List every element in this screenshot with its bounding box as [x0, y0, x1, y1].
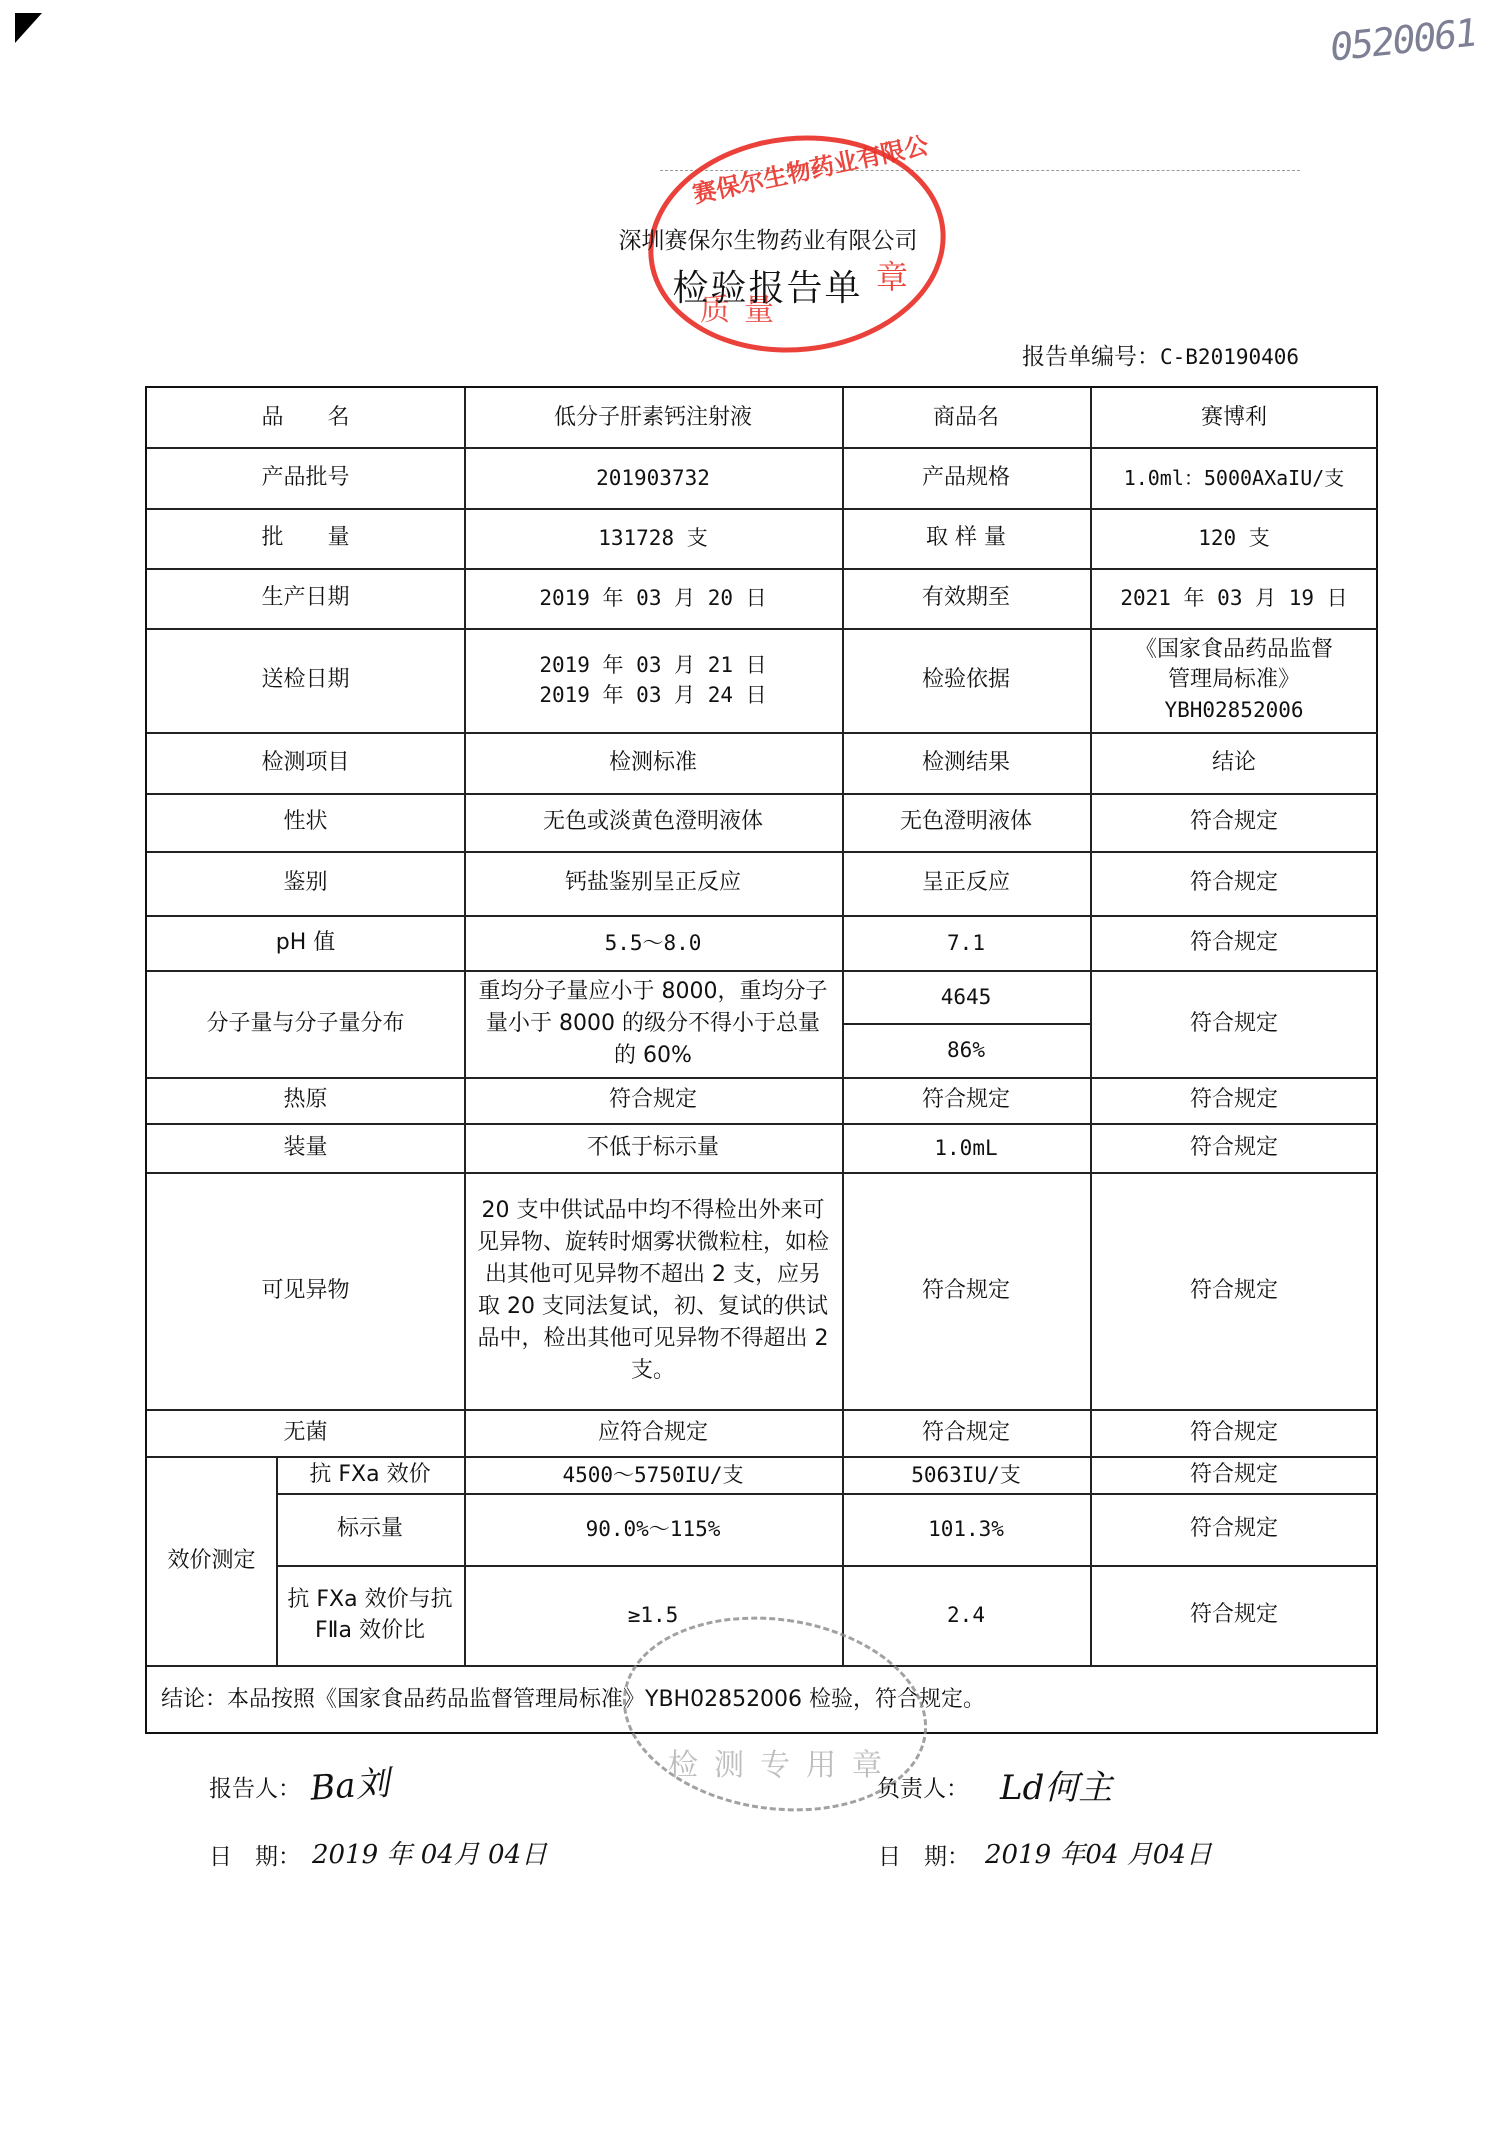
- document-title: 检验报告单: [660, 260, 875, 311]
- value-inspection-basis: 《国家食品药品监督 管理局标准》 YBH02852006: [1090, 628, 1378, 732]
- value-submission-date: 2019 年 03 月 21 日 2019 年 03 月 24 日: [464, 628, 842, 732]
- test-result: 无色澄明液体: [842, 793, 1090, 851]
- test-result: 符合规定: [842, 1172, 1090, 1409]
- basis-line3: YBH02852006: [1164, 695, 1303, 725]
- label-sample-size: 取 样 量: [842, 508, 1090, 568]
- company-seal-right-text: 章: [876, 252, 908, 298]
- basis-line1: 《国家食品药品监督: [1135, 635, 1333, 665]
- test-standard: 应符合规定: [464, 1409, 842, 1456]
- test-conclusion: 符合规定: [1090, 851, 1378, 915]
- potency-result: 5063IU/支: [842, 1456, 1090, 1493]
- manager-date: 2019 年04 月04日: [985, 1834, 1212, 1871]
- test-result: 呈正反应: [842, 851, 1090, 915]
- potency-group-label: 效价测定: [147, 1456, 276, 1665]
- label-expiry-date: 有效期至: [842, 568, 1090, 628]
- test-conclusion: 符合规定: [1090, 1123, 1378, 1172]
- label-trade-name: 商品名: [842, 388, 1090, 447]
- manager-label: 负责人：: [877, 1770, 969, 1803]
- potency-item: 抗 FXa 效价与抗 FⅡa 效价比: [276, 1565, 464, 1665]
- header-test-result: 检测结果: [842, 732, 1090, 793]
- potency-result: 2.4: [842, 1565, 1090, 1665]
- submission-date-line2: 2019 年 03 月 24 日: [539, 680, 766, 710]
- test-standard: 20 支中供试品中均不得检出外来可见异物、旋转时烟雾状微粒柱，如检出其他可见异物…: [464, 1172, 842, 1409]
- value-production-date: 2019 年 03 月 20 日: [464, 568, 842, 628]
- scan-corner-mark: [15, 13, 42, 43]
- label-production-date: 生产日期: [147, 568, 464, 628]
- test-standard: 5.5～8.0: [464, 915, 842, 970]
- handwritten-archive-number: 0520061: [1328, 10, 1478, 69]
- header-test-item: 检测项目: [147, 732, 464, 793]
- test-conclusion: 符合规定: [1090, 1409, 1378, 1456]
- report-number-value: C-B20190406: [1160, 345, 1299, 369]
- label-batch-number: 产品批号: [147, 447, 464, 508]
- value-expiry-date: 2021 年 03 月 19 日: [1090, 568, 1378, 628]
- test-conclusion: 符合规定: [1090, 1172, 1378, 1409]
- test-conclusion: 符合规定: [1090, 970, 1378, 1077]
- test-item: pH 值: [147, 915, 464, 970]
- basis-line2: 管理局标准》: [1168, 665, 1300, 695]
- test-item: 分子量与分子量分布: [147, 970, 464, 1077]
- reporter-label: 报告人：: [209, 1770, 301, 1803]
- potency-standard: 90.0%～115%: [464, 1493, 842, 1565]
- value-product-name: 低分子肝素钙注射液: [464, 388, 842, 447]
- potency-item: 抗 FXa 效价: [276, 1456, 464, 1493]
- test-item: 热原: [147, 1077, 464, 1123]
- reporter-signature: Ba刘: [308, 1755, 390, 1809]
- reporter-date-label: 日 期：: [209, 1838, 301, 1871]
- test-item: 可见异物: [147, 1172, 464, 1409]
- potency-conclusion: 符合规定: [1090, 1493, 1378, 1565]
- test-standard: 不低于标示量: [464, 1123, 842, 1172]
- test-conclusion: 符合规定: [1090, 1077, 1378, 1123]
- reporter-date: 2019 年 04月 04日: [312, 1834, 547, 1871]
- value-trade-name: 赛博利: [1090, 388, 1378, 447]
- label-specification: 产品规格: [842, 447, 1090, 508]
- test-result-weight-average: 4645: [842, 970, 1090, 1023]
- label-batch-size: 批 量: [147, 508, 464, 568]
- manager-date-label: 日 期：: [878, 1838, 970, 1871]
- test-result: 7.1: [842, 915, 1090, 970]
- company-name: 深圳赛保尔生物药业有限公司: [596, 222, 940, 255]
- potency-result: 101.3%: [842, 1493, 1090, 1565]
- potency-conclusion: 符合规定: [1090, 1456, 1378, 1493]
- label-inspection-basis: 检验依据: [842, 628, 1090, 732]
- submission-date-line1: 2019 年 03 月 21 日: [539, 650, 766, 680]
- test-item: 无菌: [147, 1409, 464, 1456]
- potency-standard: 4500～5750IU/支: [464, 1456, 842, 1493]
- potency-item: 标示量: [276, 1493, 464, 1565]
- test-conclusion: 符合规定: [1090, 915, 1378, 970]
- inspection-seal-text: 检测专用章: [668, 1740, 898, 1784]
- potency-conclusion: 符合规定: [1090, 1565, 1378, 1665]
- report-number-label: 报告单编号：: [1022, 344, 1160, 370]
- label-product-name: 品 名: [147, 388, 464, 447]
- test-conclusion: 符合规定: [1090, 793, 1378, 851]
- inspection-table: 品 名 低分子肝素钙注射液 商品名 赛博利 产品批号 201903732 产品规…: [145, 386, 1378, 1734]
- test-item: 鉴别: [147, 851, 464, 915]
- header-test-standard: 检测标准: [464, 732, 842, 793]
- test-standard: 重均分子量应小于 8000，重均分子量小于 8000 的级分不得小于总量的 60…: [464, 970, 842, 1077]
- test-standard: 钙盐鉴别呈正反应: [464, 851, 842, 915]
- header-conclusion: 结论: [1090, 732, 1378, 793]
- test-standard: 符合规定: [464, 1077, 842, 1123]
- value-sample-size: 120 支: [1090, 508, 1378, 568]
- test-result-fraction: 86%: [842, 1023, 1090, 1077]
- test-result: 1.0mL: [842, 1123, 1090, 1172]
- label-submission-date: 送检日期: [147, 628, 464, 732]
- value-batch-number: 201903732: [464, 447, 842, 508]
- test-item: 装量: [147, 1123, 464, 1172]
- value-specification: 1.0ml：5000AXaIU/支: [1090, 447, 1378, 508]
- test-result: 符合规定: [842, 1077, 1090, 1123]
- test-item: 性状: [147, 793, 464, 851]
- value-batch-size: 131728 支: [464, 508, 842, 568]
- manager-signature: Ld何主: [1000, 1760, 1112, 1809]
- test-result: 符合规定: [842, 1409, 1090, 1456]
- test-standard: 无色或淡黄色澄明液体: [464, 793, 842, 851]
- report-number: 报告单编号：C-B20190406: [1022, 338, 1299, 371]
